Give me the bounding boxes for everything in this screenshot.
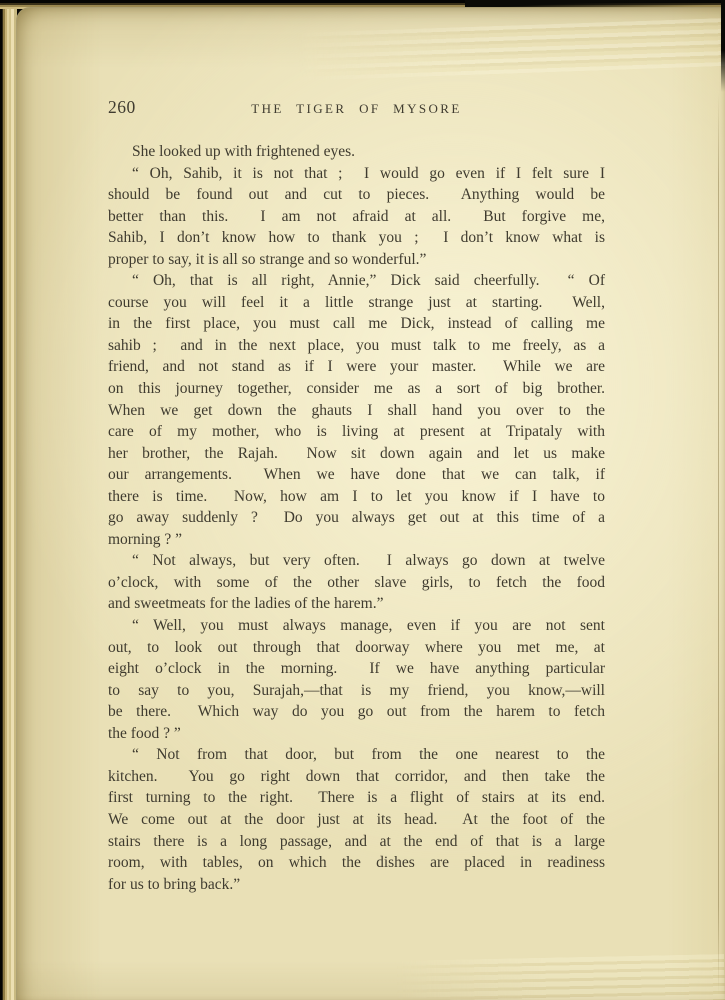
text-line: the food ? ” (108, 723, 605, 745)
text-line: “ Not from that door, but from the one n… (108, 744, 605, 766)
page-text: She looked up with frightened eyes.“ Oh,… (108, 141, 605, 895)
text-line: for us to bring back.” (108, 874, 605, 896)
text-line: stairs there is a long passage, and at t… (108, 831, 605, 853)
text-line: on this journey together, consider me as… (108, 378, 605, 400)
text-line: proper to say, it is all so strange and … (108, 249, 605, 271)
page-number: 260 (108, 97, 136, 118)
page-header: 260 THE TIGER OF MYSORE (108, 99, 605, 117)
text-line: there is time. Now, how am I to let you … (108, 486, 605, 508)
fore-edge-streaks-bottom (394, 954, 725, 1000)
text-line: in the first place, you must call me Dic… (108, 313, 605, 335)
scan-background-sliver (721, 0, 725, 92)
page-stack-left-edge (0, 0, 17, 1000)
text-line: care of my mother, who is living at pres… (108, 421, 605, 443)
text-line: go away suddenly ? Do you always get out… (108, 507, 605, 529)
text-line: better than this. I am not afraid at all… (108, 206, 605, 228)
text-line: Sahib, I don’t know how to thank you ; I… (108, 227, 605, 249)
text-line: be there. Which way do you go out from t… (108, 701, 605, 723)
page-crease (718, 93, 719, 996)
text-line: “ Not always, but very often. I always g… (108, 550, 605, 572)
text-line: “ Oh, Sahib, it is not that ; I would go… (108, 163, 605, 185)
text-line: morning ? ” (108, 529, 605, 551)
text-line: first turning to the right. There is a f… (108, 787, 605, 809)
text-line: “ Well, you must always manage, even if … (108, 615, 605, 637)
book-scan: 260 THE TIGER OF MYSORE She looked up wi… (0, 0, 725, 1000)
text-line: She looked up with frightened eyes. (108, 141, 605, 163)
text-line: to say to you, Surajah,—that is my frien… (108, 680, 605, 702)
text-line: room, with tables, on which the dishes a… (108, 852, 605, 874)
text-line: o’clock, with some of the other slave gi… (108, 572, 605, 594)
running-title: THE TIGER OF MYSORE (108, 99, 605, 117)
text-line: When we get down the ghauts I shall hand… (108, 400, 605, 422)
text-line: We come out at the door just at its head… (108, 809, 605, 831)
text-line: her brother, the Rajah. Now sit down aga… (108, 443, 605, 465)
text-line: and sweetmeats for the ladies of the har… (108, 593, 605, 615)
text-line: “ Oh, that is all right, Annie,” Dick sa… (108, 270, 605, 292)
text-line: friend, and not stand as if I were your … (108, 356, 605, 378)
fore-edge-streaks-top (295, 18, 725, 81)
text-line: should be found out and cut to pieces. A… (108, 184, 605, 206)
text-line: our arrangements. When we have done that… (108, 464, 605, 486)
text-line: course you will feel it a little strange… (108, 292, 605, 314)
text-line: kitchen. You go right down that corridor… (108, 766, 605, 788)
text-line: out, to look out through that doorway wh… (108, 637, 605, 659)
text-line: sahib ; and in the next place, you must … (108, 335, 605, 357)
text-line: eight o’clock in the morning. If we have… (108, 658, 605, 680)
